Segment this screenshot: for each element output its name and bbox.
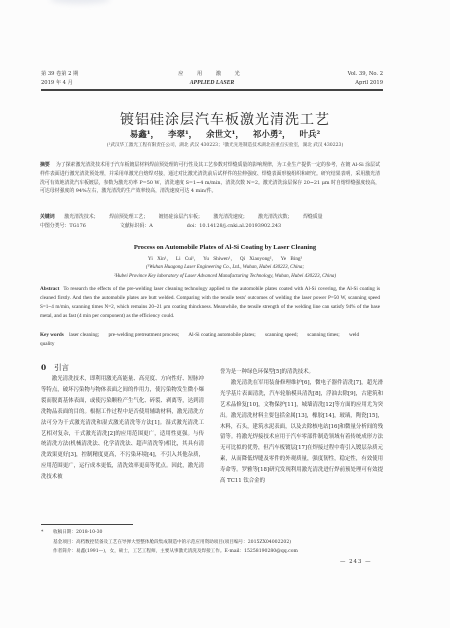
keyword-en: pre-welding pretreatment process; (108, 332, 179, 338)
body-column-right: 誉为是一种绿色环保型[5]的清洗技术。 激光清洗在军用装备修理维护[6]，微电子… (220, 367, 383, 487)
document-code: 文献标识码：A (120, 222, 153, 229)
journal-name-zh: 应 用 激 光 (121, 70, 303, 79)
footnote-author-bio: 作者简介：易鑫(1991—)，女，硕士，工艺工程师，主要从事激光清洗及焊接工作。… (41, 547, 381, 557)
keyword-zh: 焊前预处理工艺； (109, 214, 148, 220)
footnote-rule (41, 524, 133, 525)
abstract-zh: 摘要为了探索激光清洗技术用于汽车板镀层材料焊前预处理的可行性及其工艺参数对焊缝质… (40, 161, 380, 196)
classification-zh: 中图分类号：TG176 文献标识码：A doi：10.14128/j.cnki.… (40, 222, 380, 229)
doi: doi：10.14128/j.cnki.al.20193902.243 (187, 222, 281, 229)
body-column-left: 激光清洗技术，即利用激光高能量、高亮度、方向性好、短脉冲等特点，破坏污染物与物体… (41, 374, 204, 483)
keyword-zh: 激光清洗速度； (213, 214, 247, 220)
running-header: 第 39 卷第 2 期 应 用 激 光 Vol. 39, No. 2 2019 … (41, 70, 383, 88)
keyword-zh: 镀铝硅涂层汽车板； (159, 214, 203, 220)
abstract-en: AbstractTo research the effects of the p… (40, 285, 380, 321)
date-en: April 2019 (303, 79, 383, 88)
abstract-label-zh: 摘要 (40, 162, 50, 168)
keywords-label-zh: 关键词 (40, 214, 55, 220)
body-paragraph: 激光清洗技术，即利用激光高能量、高亮度、方向性好、短脉冲等特点，破坏污染物与物体… (41, 374, 204, 483)
section-number: 0 (41, 363, 46, 372)
body-paragraph: 激光清洗在军用装备修理维护[6]，微电子器件清洗[7]，超光滑光学基片表面清洗，… (220, 378, 383, 487)
date-zh: 2019 年 4 月 (41, 79, 121, 88)
keyword-en: Al-Si coating automobile plates; (188, 332, 255, 338)
authors-zh: 易鑫¹， 李翠¹， 余世文¹， 祁小勇²， 叶兵² (0, 128, 450, 140)
section-heading: 0引言 (41, 362, 69, 373)
keyword-zh: 焊缝质量 (303, 214, 323, 220)
paper-title-en: Process on Automobile Plates of Al-Si Co… (0, 244, 450, 251)
keyword-zh: 激光清洗次数； (258, 214, 292, 220)
abstract-text-en: To research the effects of the pre-weldi… (40, 286, 380, 319)
footnotes: 收稿日期：2018-10-30 基金项目：高档数控装备及工艺在导弹大型整体舱段集… (41, 528, 381, 557)
section-title: 引言 (54, 363, 69, 372)
authors-en: Yi Xin¹， Li Cui¹， Yu Shiwen¹， Qi Xiaoyon… (0, 255, 450, 262)
volume-issue-zh: 第 39 卷第 2 期 (41, 70, 121, 79)
keyword-en: scanning speed; (265, 332, 298, 338)
keywords-label-en: Key words (40, 332, 64, 338)
footnote-received-date: 收稿日期：2018-10-30 (41, 528, 381, 538)
affiliation-en-2: ²Hubei Province Key laboratory of Laser … (0, 274, 450, 279)
clc-number: 中图分类号：TG176 (40, 222, 86, 229)
paper-title-zh: 镀铝硅涂层汽车板激光清洗工艺 (0, 109, 450, 129)
keywords-en: Key words laser cleaning; pre-welding pr… (40, 331, 380, 349)
header-rule (41, 89, 383, 91)
keyword-zh: 激光清洗技术； (64, 214, 98, 220)
abstract-text-zh: 为了探索激光清洗技术用于汽车板镀层材料焊前预处理的可行性及其工艺参数对焊缝质量的… (40, 162, 380, 194)
volume-issue-en: Vol. 39, No. 2 (303, 70, 383, 79)
footnote-fund: 基金项目：高档数控装备及工艺在导弹大型整体舱段集成制造中的示范应用资助项目(项目… (41, 538, 381, 548)
journal-page: 第 39 卷第 2 期 应 用 激 光 Vol. 39, No. 2 2019 … (0, 0, 450, 628)
keywords-zh: 关键词 激光清洗技术； 焊前预处理工艺； 镀铝硅涂层汽车板； 激光清洗速度； 激… (40, 213, 380, 220)
journal-name-en: APPLIED LASER (121, 79, 303, 88)
body-paragraph: 誉为是一种绿色环保型[5]的清洗技术。 (220, 367, 383, 378)
affiliation-zh: (¹武汉华工激光工程有限责任公司，湖北 武汉 430223；²激光先进制造技术湖… (0, 142, 450, 148)
abstract-label-en: Abstract (40, 286, 59, 292)
keyword-en: scanning times; (307, 332, 339, 338)
scan-smudge (50, 0, 110, 4)
affiliation-en-1: (¹Wuhan Huagong Laser Engineering Co., L… (0, 265, 450, 270)
page-number: — 243 — (340, 559, 372, 565)
keyword-en: laser cleaning; (69, 332, 99, 338)
